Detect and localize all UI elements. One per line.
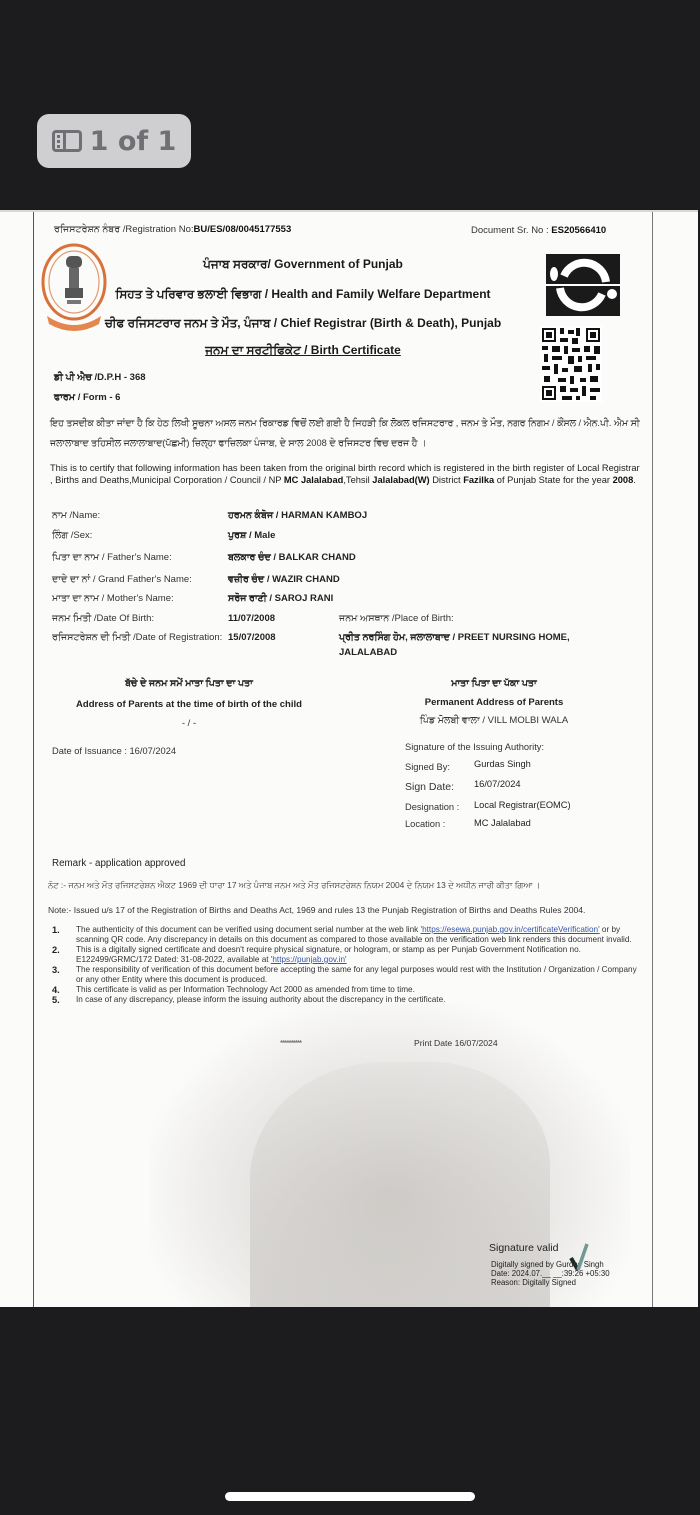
signature-details: Digitally signed by Gurdas Singh Date: 2…	[491, 1260, 610, 1287]
registration-number: ਰਜਿਸਟਰੇਸ਼ਨ ਨੰਬਰ /Registration No:BU/ES/0…	[54, 224, 291, 235]
english-note: Note:- Issued u/s 17 of the Registration…	[48, 905, 585, 915]
punjab-gov-link[interactable]: 'https://punjab.gov.in'	[271, 955, 347, 964]
home-indicator[interactable]	[225, 1492, 475, 1501]
designation-value: Local Registrar(EOMC)	[474, 800, 571, 810]
punjabi-certification-statement: ਇਹ ਤਸਦੀਕ ਕੀਤਾ ਜਾਂਦਾ ਹੈ ਕਿ ਹੇਠ ਲਿਖੀ ਸੂਚਨਾ…	[50, 413, 640, 453]
birth-address-heading: Address of Parents at the time of birth …	[44, 699, 334, 710]
verification-link[interactable]: 'https://esewa.punjab.gov.in/certificate…	[421, 925, 600, 934]
registration-date-value: 15/07/2008	[228, 632, 276, 643]
certificate-title: ਜਨਮ ਦਾ ਸਰਟੀਫਿਕੇਟ / Birth Certificate	[0, 343, 612, 358]
page-indicator-label: 1 of 1	[90, 126, 177, 157]
name-value: ਹਰਮਨ ਕੰਬੋਜ / HARMAN KAMBOJ	[228, 510, 367, 521]
list-item: 4. This certificate is valid as per Info…	[52, 985, 642, 995]
terms-list: 1. The authenticity of this document can…	[52, 925, 642, 1005]
signed-by-label: Signed By:	[405, 762, 450, 772]
sign-date-label: Sign Date:	[405, 781, 454, 793]
date-of-birth-value: 11/07/2008	[228, 613, 275, 624]
header-government: ਪੰਜਾਬ ਸਰਕਾਰ/ Government of Punjab	[0, 257, 612, 272]
permanent-address-heading-pa: ਮਾਤਾ ਪਿਤਾ ਦਾ ਪੱਕਾ ਪਤਾ	[349, 678, 639, 689]
issuing-authority-title: Signature of the Issuing Authority:	[405, 742, 544, 752]
father-name-value: ਬਲਕਾਰ ਚੰਦ / BALKAR CHAND	[228, 552, 356, 563]
separator: **********	[280, 1039, 301, 1048]
punjabi-note: ਨੋਟ :- ਜਨਮ ਅਤੇ ਮੌਤ ਰਜਿਸਟਰੇਸ਼ਨ ਐਕਟ 1969 ਦ…	[48, 880, 540, 891]
header-registrar: ਚੀਫ ਰਜਿਸਟਰਾਰ ਜਨਮ ਤੇ ਮੌਤ, ਪੰਜਾਬ / Chief R…	[0, 316, 612, 331]
birth-address-value: - / -	[44, 718, 334, 729]
list-item: 2. This is a digitally signed certificat…	[52, 945, 642, 965]
english-certification-statement: This is to certify that following inform…	[50, 462, 642, 486]
certificate-frame: ਰਜਿਸਟਰੇਸ਼ਨ ਨੰਬਰ /Registration No:BU/ES/0…	[33, 212, 653, 1307]
place-of-birth-label: ਜਨਮ ਅਸਥਾਨ /Place of Birth:	[339, 613, 454, 624]
form-number: ਫਾਰਮ / Form - 6	[54, 392, 120, 403]
document-page[interactable]: ਰਜਿਸਟਰੇਸ਼ਨ ਨੰਬਰ /Registration No:BU/ES/0…	[0, 210, 698, 1307]
name-label: ਨਾਮ /Name:	[52, 510, 100, 521]
header-department: ਸਿਹਤ ਤੇ ਪਰਿਵਾਰ ਭਲਾਈ ਵਿਭਾਗ / Health and F…	[0, 287, 612, 302]
page-thumbnails-icon	[52, 130, 82, 152]
designation-label: Designation :	[405, 802, 459, 812]
grandfather-name-value: ਵਜ਼ੀਰ ਚੰਦ / WAZIR CHAND	[228, 574, 340, 585]
permanent-address-heading: Permanent Address of Parents	[349, 697, 639, 708]
signed-by-value: Gurdas Singh	[474, 759, 531, 769]
father-name-label: ਪਿਤਾ ਦਾ ਨਾਮ / Father's Name:	[52, 552, 172, 563]
sex-value: ਪੁਰਸ਼ / Male	[228, 530, 275, 541]
date-of-birth-label: ਜਨਮ ਮਿਤੀ /Date Of Birth:	[52, 613, 154, 624]
mother-name-label: ਮਾਤਾ ਦਾ ਨਾਮ / Mother's Name:	[52, 593, 174, 604]
list-item: 3. The responsibility of verification of…	[52, 965, 642, 985]
birth-address-heading-pa: ਬੱਚੇ ਦੇ ਜਨਮ ਸਮੇਂ ਮਾਤਾ ਪਿਤਾ ਦਾ ਪਤਾ	[44, 678, 334, 689]
permanent-address-value: ਪਿੰਡ ਮੋਲਬੀ ਵਾਲਾ / VILL MOLBI WALA	[349, 715, 639, 726]
sign-date-value: 16/07/2024	[474, 779, 521, 789]
registration-date-label: ਰਜਿਸਟਰੇਸ਼ਨ ਦੀ ਮਿਤੀ /Date of Registration…	[52, 632, 222, 643]
place-of-birth-value: ਪ੍ਰੀਤ ਨਰਸਿੰਗ ਹੋਮ, ਜਲਾਲਾਬਾਦ / PREET NURSI…	[339, 632, 570, 643]
qr-code-icon[interactable]	[540, 326, 602, 402]
document-serial-number: Document Sr. No : ES20566410	[471, 225, 606, 236]
sex-label: ਲਿੰਗ /Sex:	[52, 530, 92, 541]
print-date: Print Date 16/07/2024	[414, 1038, 498, 1048]
list-item: 1. The authenticity of this document can…	[52, 925, 642, 945]
location-label: Location :	[405, 819, 445, 829]
remark: Remark - application approved	[52, 858, 185, 869]
health-dept-logo-icon	[546, 254, 620, 316]
mother-name-value: ਸਰੋਜ ਰਾਣੀ / SAROJ RANI	[228, 593, 333, 604]
page-indicator-button[interactable]: 1 of 1	[37, 114, 191, 168]
signature-status: Signature valid	[489, 1242, 558, 1254]
dph-number: ਡੀ ਪੀ ਐਚ /D.P.H - 368	[54, 372, 146, 383]
list-item: 5. In case of any discrepancy, please in…	[52, 995, 642, 1005]
place-of-birth-value-cont: JALALABAD	[339, 647, 397, 658]
location-value: MC Jalalabad	[474, 818, 531, 828]
date-of-issuance: Date of Issuance : 16/07/2024	[52, 746, 176, 756]
grandfather-name-label: ਦਾਦੇ ਦਾ ਨਾਂ / Grand Father's Name:	[52, 574, 192, 585]
